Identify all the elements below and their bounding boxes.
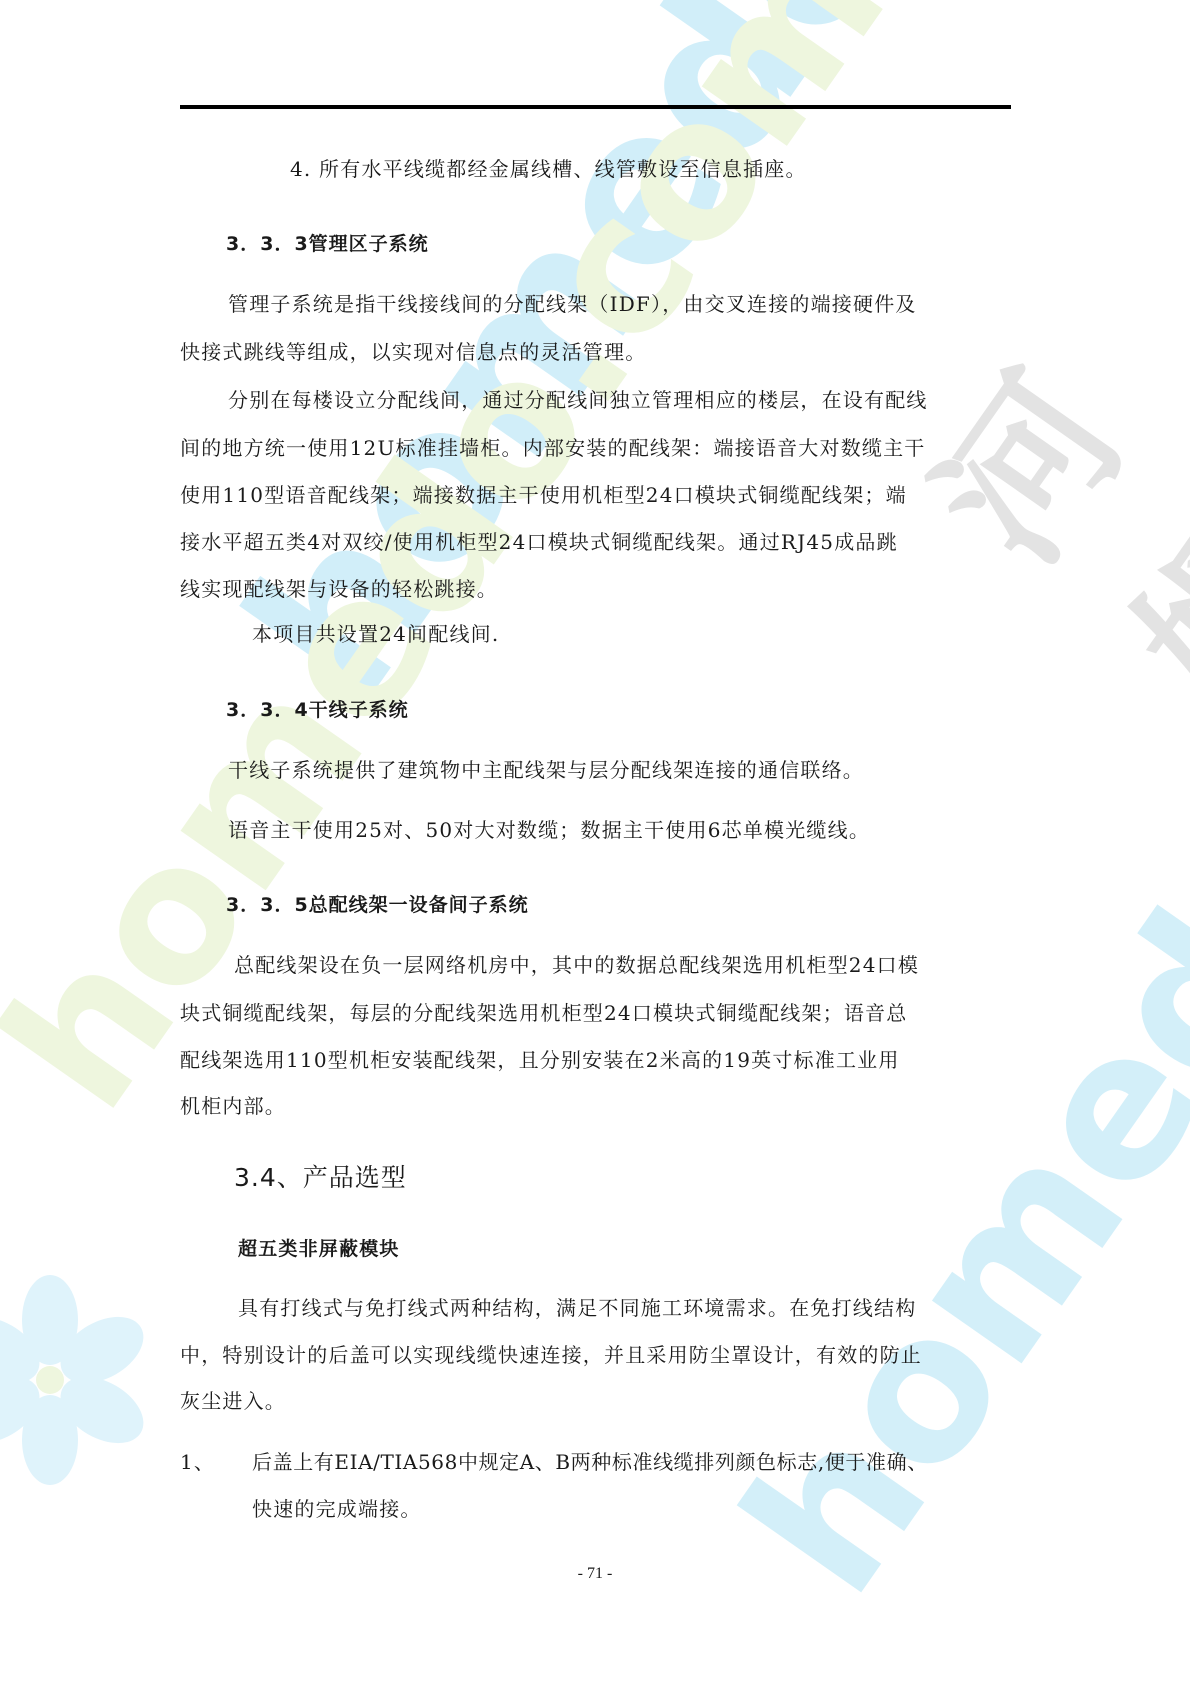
paragraph-line: 间的地方统一使用12U标准挂墙柜。内部安装的配线架：端接语音大对数缆主干 bbox=[180, 436, 926, 460]
paragraph-line: 干线子系统提供了建筑物中主配线架与层分配线架连接的通信联络。 bbox=[228, 758, 864, 782]
intro-list-item: 4. 所有水平线缆都经金属线槽、线管敷设至信息插座。 bbox=[290, 157, 807, 181]
section-heading-34: 3.4、产品选型 bbox=[234, 1163, 407, 1193]
paragraph-line: 块式铜缆配线架，每层的分配线架选用机柜型24口模块式铜缆配线架；语音总 bbox=[180, 1001, 907, 1025]
list-item-text: 快速的完成端接。 bbox=[252, 1497, 422, 1521]
section-heading-335: 3．3．5总配线架一设备间子系统 bbox=[226, 893, 529, 917]
section-heading-333: 3．3．3管理区子系统 bbox=[226, 232, 429, 256]
paragraph-line: 快接式跳线等组成，以实现对信息点的灵活管理。 bbox=[180, 340, 646, 364]
paragraph-line: 本项目共设置24间配线间. bbox=[252, 622, 499, 646]
document-page: 4. 所有水平线缆都经金属线槽、线管敷设至信息插座。 3．3．3管理区子系统 管… bbox=[0, 0, 1190, 1684]
paragraph-line: 中，特别设计的后盖可以实现线缆快速连接，并且采用防尘罩设计，有效的防止 bbox=[180, 1343, 922, 1367]
paragraph-line: 使用110型语音配线架；端接数据主干使用机柜型24口模块式铜缆配线架；端 bbox=[180, 483, 907, 507]
paragraph-line: 接水平超五类4对双绞/使用机柜型24口模块式铜缆配线架。通过RJ45成品跳 bbox=[180, 530, 898, 554]
page-number: - 71 - bbox=[0, 1565, 1190, 1583]
paragraph-line: 管理子系统是指干线接线间的分配线架（IDF），由交叉连接的端接硬件及 bbox=[228, 292, 917, 316]
paragraph-line: 具有打线式与免打线式两种结构，满足不同施工环境需求。在免打线结构 bbox=[238, 1296, 916, 1320]
list-item-marker: 1、 bbox=[180, 1450, 215, 1474]
list-item-text: 后盖上有EIA/TIA568中规定A、B两种标准线缆排列颜色标志,便于准确、 bbox=[252, 1450, 928, 1474]
paragraph-line: 总配线架设在负一层网络机房中，其中的数据总配线架选用机柜型24口模 bbox=[234, 953, 919, 977]
header-rule bbox=[180, 105, 1011, 109]
paragraph-line: 灰尘进入。 bbox=[180, 1389, 286, 1413]
subsection-heading: 超五类非屏蔽模块 bbox=[238, 1237, 400, 1261]
section-heading-334: 3．3．4干线子系统 bbox=[226, 698, 409, 722]
paragraph-line: 语音主干使用25对、50对大对数缆；数据主干使用6芯单模光缆线。 bbox=[228, 818, 870, 842]
paragraph-line: 线实现配线架与设备的轻松跳接。 bbox=[180, 577, 498, 601]
paragraph-line: 分别在每楼设立分配线间，通过分配线间独立管理相应的楼层，在设有配线 bbox=[228, 388, 928, 412]
paragraph-line: 配线架选用110型机柜安装配线架，且分别安装在2米高的19英寸标准工业用 bbox=[180, 1048, 900, 1072]
paragraph-line: 机柜内部。 bbox=[180, 1094, 286, 1118]
